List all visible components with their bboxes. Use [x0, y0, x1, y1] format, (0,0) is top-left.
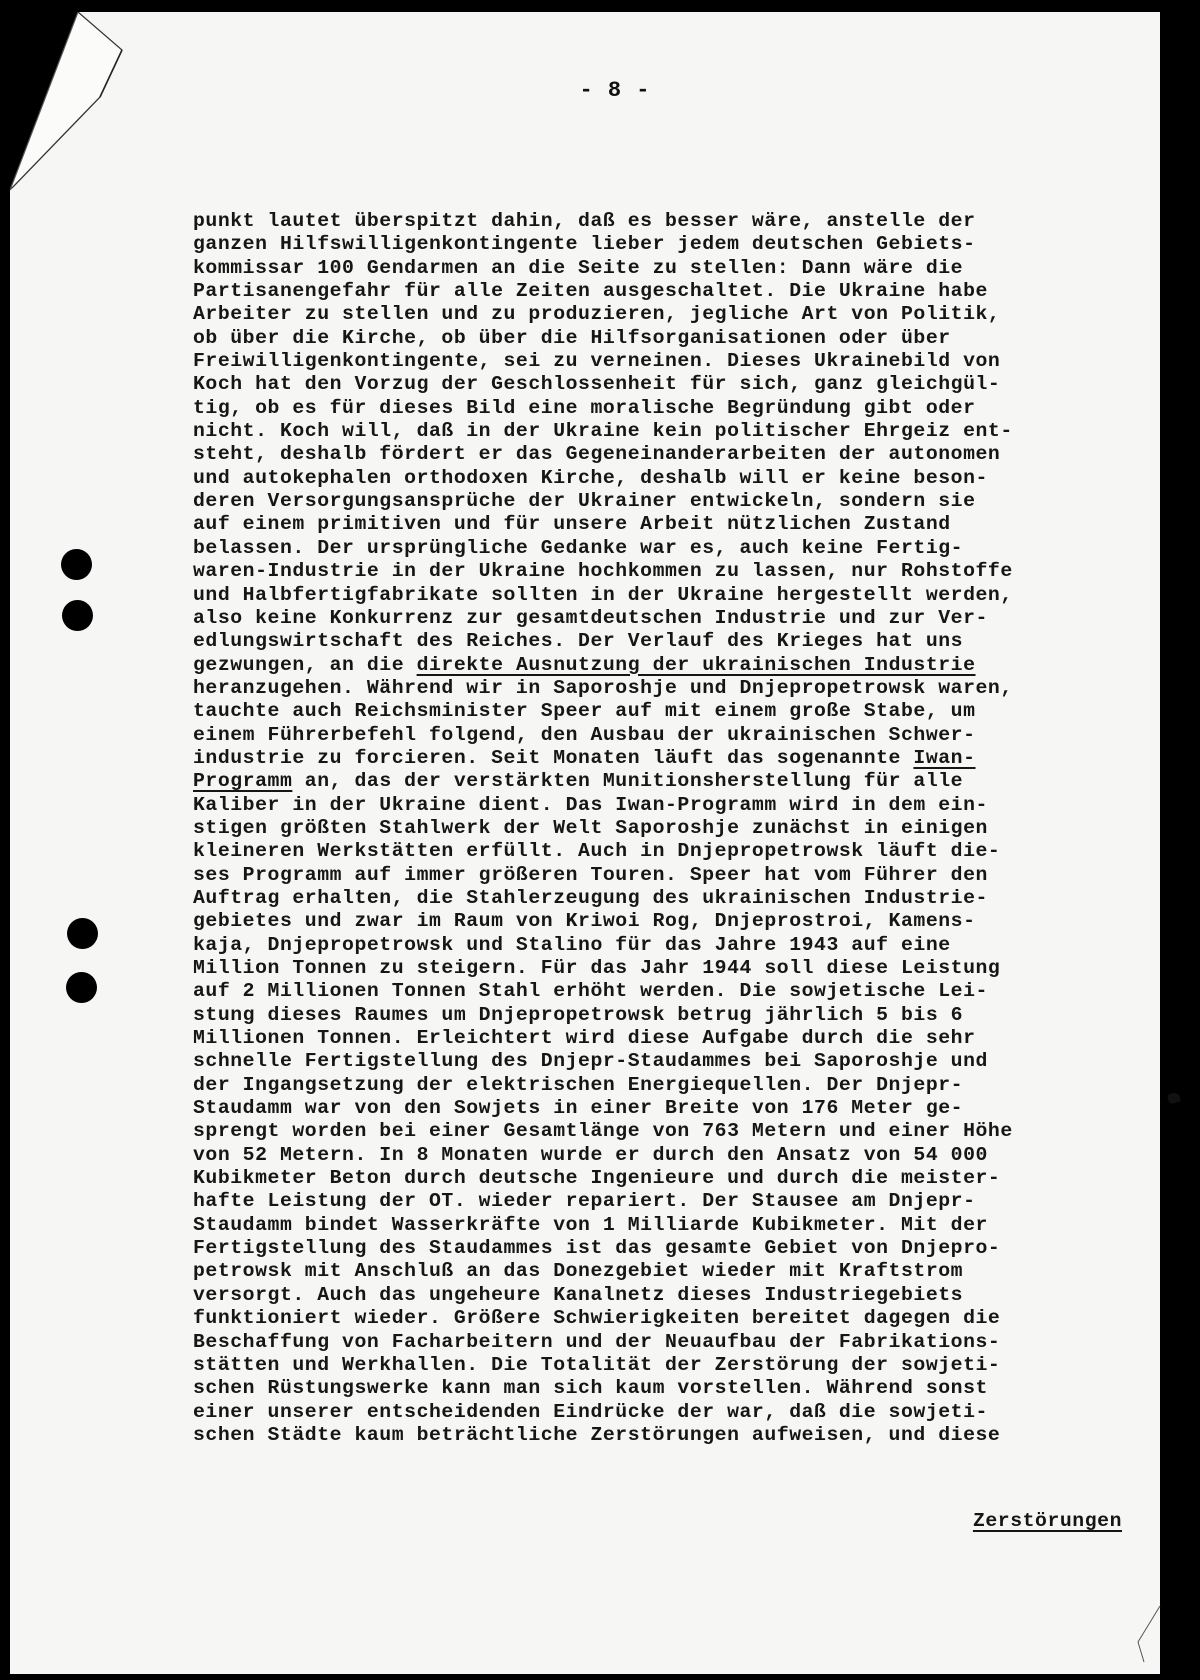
ink-mark — [1167, 1092, 1181, 1105]
text-segment: von 52 Metern. In 8 Monaten wurde er dur… — [193, 1144, 988, 1166]
text-segment: industrie zu forcieren. Seit Monaten läu… — [193, 747, 913, 769]
text-segment: Million Tonnen zu steigern. Für das Jahr… — [193, 957, 1000, 979]
text-line: stung dieses Raumes um Dnjepropetrowsk b… — [193, 1004, 1153, 1027]
text-segment: hafte Leistung der OT. wieder repariert.… — [193, 1190, 976, 1212]
text-line: von 52 Metern. In 8 Monaten wurde er dur… — [193, 1144, 1153, 1167]
text-line: nicht. Koch will, daß in der Ukraine kei… — [193, 420, 1153, 443]
text-line: schnelle Fertigstellung des Dnjepr-Staud… — [193, 1050, 1153, 1073]
catchword: Zerstörungen — [973, 1510, 1122, 1532]
text-segment: schen Rüstungswerke kann man sich kaum v… — [193, 1377, 988, 1399]
text-line: heranzugehen. Während wir in Saporoshje … — [193, 677, 1153, 700]
text-segment: deren Versorgungsansprüche der Ukrainer … — [193, 490, 976, 512]
text-line: punkt lautet überspitzt dahin, daß es be… — [193, 210, 1153, 233]
text-segment: Staudamm war von den Sowjets in einer Br… — [193, 1097, 963, 1119]
text-line: Auftrag erhalten, die Stahlerzeugung des… — [193, 887, 1153, 910]
text-line: gezwungen, an die direkte Ausnutzung der… — [193, 654, 1153, 677]
text-line: schen Rüstungswerke kann man sich kaum v… — [193, 1377, 1153, 1400]
text-segment: sprengt worden bei einer Gesamtlänge von… — [193, 1120, 1013, 1142]
text-line: tauchte auch Reichsminister Speer auf mi… — [193, 700, 1153, 723]
text-line: Million Tonnen zu steigern. Für das Jahr… — [193, 957, 1153, 980]
text-segment: ses Programm auf immer größeren Touren. … — [193, 864, 988, 886]
text-line: und Halbfertigfabrikate sollten in der U… — [193, 584, 1153, 607]
text-segment: waren-Industrie in der Ukraine hochkomme… — [193, 560, 1013, 582]
text-segment: ganzen Hilfswilligenkontingente lieber j… — [193, 233, 976, 255]
text-segment: der Ingangsetzung der elektrischen Energ… — [193, 1074, 963, 1096]
text-line: stätten und Werkhallen. Die Totalität de… — [193, 1354, 1153, 1377]
text-line: Freiwilligenkontingente, sei zu verneine… — [193, 350, 1153, 373]
text-line: Programm an, das der verstärkten Munitio… — [193, 770, 1153, 793]
text-segment: stung dieses Raumes um Dnjepropetrowsk b… — [193, 1004, 963, 1026]
text-segment: und autokephalen orthodoxen Kirche, desh… — [193, 467, 988, 489]
text-segment: steht, deshalb fördert er das Gegeneinan… — [193, 443, 1000, 465]
text-segment: Kubikmeter Beton durch deutsche Ingenieu… — [193, 1167, 1000, 1189]
punch-hole — [61, 549, 92, 580]
text-line: Partisanengefahr für alle Zeiten ausgesc… — [193, 280, 1153, 303]
text-segment: an, das der verstärkten Munitionsherstel… — [292, 770, 963, 792]
text-segment: funktioniert wieder. Größere Schwierigke… — [193, 1307, 1000, 1329]
text-line: tig, ob es für dieses Bild eine moralisc… — [193, 397, 1153, 420]
text-segment: Arbeiter zu stellen und zu produzieren, … — [193, 303, 1000, 325]
punch-hole — [67, 918, 98, 949]
text-line: auf einem primitiven und für unsere Arbe… — [193, 513, 1153, 536]
body-text: punkt lautet überspitzt dahin, daß es be… — [193, 210, 1153, 1447]
text-segment: versorgt. Auch das ungeheure Kanalnetz d… — [193, 1284, 963, 1306]
text-line: Fertigstellung des Staudammes ist das ge… — [193, 1237, 1153, 1260]
text-line: der Ingangsetzung der elektrischen Energ… — [193, 1074, 1153, 1097]
text-line: Staudamm bindet Wasserkräfte von 1 Milli… — [193, 1214, 1153, 1237]
text-line: Staudamm war von den Sowjets in einer Br… — [193, 1097, 1153, 1120]
text-line: Kaliber in der Ukraine dient. Das Iwan-P… — [193, 794, 1153, 817]
text-segment: einem Führerbefehl folgend, den Ausbau d… — [193, 724, 976, 746]
text-segment: ob über die Kirche, ob über die Hilfsorg… — [193, 327, 951, 349]
text-segment: stigen größten Stahlwerk der Welt Saporo… — [193, 817, 988, 839]
text-line: edlungswirtschaft des Reiches. Der Verla… — [193, 630, 1153, 653]
text-line: Beschaffung von Facharbeitern und der Ne… — [193, 1331, 1153, 1354]
text-segment: Millionen Tonnen. Erleichtert wird diese… — [193, 1027, 976, 1049]
text-line: Kubikmeter Beton durch deutsche Ingenieu… — [193, 1167, 1153, 1190]
text-line: hafte Leistung der OT. wieder repariert.… — [193, 1190, 1153, 1213]
text-segment: Koch hat den Vorzug der Geschlossenheit … — [193, 373, 1000, 395]
text-segment: kommissar 100 Gendarmen an die Seite zu … — [193, 257, 963, 279]
text-line: sprengt worden bei einer Gesamtlänge von… — [193, 1120, 1153, 1143]
text-line: Koch hat den Vorzug der Geschlossenheit … — [193, 373, 1153, 396]
text-line: steht, deshalb fördert er das Gegeneinan… — [193, 443, 1153, 466]
text-line: ses Programm auf immer größeren Touren. … — [193, 864, 1153, 887]
text-segment: petrowsk mit Anschluß an das Donezgebiet… — [193, 1260, 963, 1282]
text-line: belassen. Der ursprüngliche Gedanke war … — [193, 537, 1153, 560]
underlined-phrase: Programm — [193, 770, 292, 792]
text-segment: Fertigstellung des Staudammes ist das ge… — [193, 1237, 1000, 1259]
text-segment: Freiwilligenkontingente, sei zu verneine… — [193, 350, 1000, 372]
text-line: industrie zu forcieren. Seit Monaten läu… — [193, 747, 1153, 770]
underlined-phrase: direkte Ausnutzung der ukrainischen Indu… — [417, 654, 976, 676]
text-segment: also keine Konkurrenz zur gesamtdeutsche… — [193, 607, 988, 629]
text-segment: gebietes und zwar im Raum von Kriwoi Rog… — [193, 910, 976, 932]
text-segment: stätten und Werkhallen. Die Totalität de… — [193, 1354, 1000, 1376]
text-segment: Partisanengefahr für alle Zeiten ausgesc… — [193, 280, 988, 302]
text-segment: edlungswirtschaft des Reiches. Der Verla… — [193, 630, 963, 652]
text-segment: punkt lautet überspitzt dahin, daß es be… — [193, 210, 976, 232]
text-line: einer unserer entscheidenden Eindrücke d… — [193, 1401, 1153, 1424]
text-segment: schen Städte kaum beträchtliche Zerstöru… — [193, 1424, 1000, 1446]
text-line: funktioniert wieder. Größere Schwierigke… — [193, 1307, 1153, 1330]
text-segment: heranzugehen. Während wir in Saporoshje … — [193, 677, 1013, 699]
text-line: also keine Konkurrenz zur gesamtdeutsche… — [193, 607, 1153, 630]
text-line: Arbeiter zu stellen und zu produzieren, … — [193, 303, 1153, 326]
punch-hole — [62, 600, 93, 631]
text-line: ganzen Hilfswilligenkontingente lieber j… — [193, 233, 1153, 256]
text-segment: nicht. Koch will, daß in der Ukraine kei… — [193, 420, 1013, 442]
text-segment: kaja, Dnjepropetrowsk und Stalino für da… — [193, 934, 951, 956]
text-line: waren-Industrie in der Ukraine hochkomme… — [193, 560, 1153, 583]
text-segment: Kaliber in der Ukraine dient. Das Iwan-P… — [193, 794, 988, 816]
text-segment: tig, ob es für dieses Bild eine moralisc… — [193, 397, 976, 419]
text-line: ob über die Kirche, ob über die Hilfsorg… — [193, 327, 1153, 350]
text-line: petrowsk mit Anschluß an das Donezgebiet… — [193, 1260, 1153, 1283]
text-line: kaja, Dnjepropetrowsk und Stalino für da… — [193, 934, 1153, 957]
text-segment: auf 2 Millionen Tonnen Stahl erhöht werd… — [193, 980, 988, 1002]
text-line: schen Städte kaum beträchtliche Zerstöru… — [193, 1424, 1153, 1447]
text-segment: Beschaffung von Facharbeitern und der Ne… — [193, 1331, 1000, 1353]
punch-hole — [66, 972, 97, 1003]
text-segment: einer unserer entscheidenden Eindrücke d… — [193, 1401, 988, 1423]
text-line: deren Versorgungsansprüche der Ukrainer … — [193, 490, 1153, 513]
text-segment: Auftrag erhalten, die Stahlerzeugung des… — [193, 887, 988, 909]
text-segment: schnelle Fertigstellung des Dnjepr-Staud… — [193, 1050, 988, 1072]
text-line: kommissar 100 Gendarmen an die Seite zu … — [193, 257, 1153, 280]
text-segment: gezwungen, an die — [193, 654, 417, 676]
text-line: und autokephalen orthodoxen Kirche, desh… — [193, 467, 1153, 490]
text-segment: Staudamm bindet Wasserkräfte von 1 Milli… — [193, 1214, 988, 1236]
underlined-phrase: Iwan- — [913, 747, 975, 769]
text-segment: und Halbfertigfabrikate sollten in der U… — [193, 584, 1013, 606]
text-segment: kleineren Werkstätten erfüllt. Auch in D… — [193, 840, 1000, 862]
text-segment: tauchte auch Reichsminister Speer auf mi… — [193, 700, 976, 722]
text-line: gebietes und zwar im Raum von Kriwoi Rog… — [193, 910, 1153, 933]
text-line: versorgt. Auch das ungeheure Kanalnetz d… — [193, 1284, 1153, 1307]
text-line: stigen größten Stahlwerk der Welt Saporo… — [193, 817, 1153, 840]
text-segment: auf einem primitiven und für unsere Arbe… — [193, 513, 951, 535]
text-line: einem Führerbefehl folgend, den Ausbau d… — [193, 724, 1153, 747]
text-line: kleineren Werkstätten erfüllt. Auch in D… — [193, 840, 1153, 863]
text-line: auf 2 Millionen Tonnen Stahl erhöht werd… — [193, 980, 1153, 1003]
page-number: - 8 - — [0, 78, 1200, 103]
text-line: Millionen Tonnen. Erleichtert wird diese… — [193, 1027, 1153, 1050]
text-segment: belassen. Der ursprüngliche Gedanke war … — [193, 537, 963, 559]
